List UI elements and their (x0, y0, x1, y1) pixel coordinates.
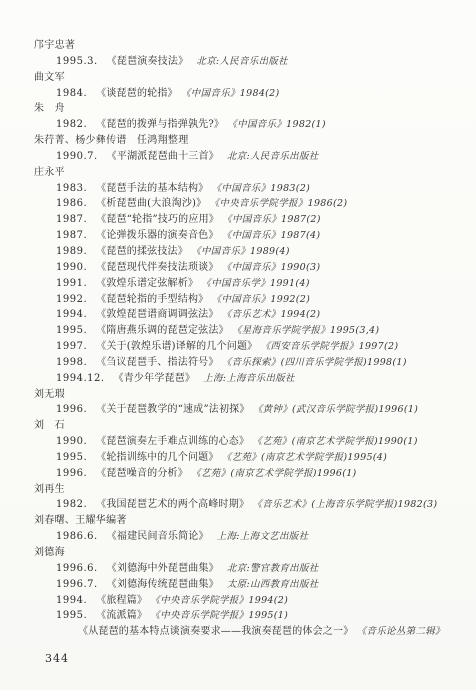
entry-source: 《艺苑》(南京艺术学院学报)1990(1) (257, 436, 418, 447)
entry-source: 北京:警官教育出版社 (227, 563, 319, 574)
bibliography-entry: 1996.6.《刘德海中外琵琶曲集》北京:警官教育出版社 (0, 561, 476, 577)
entry-source: 《音乐艺术》(上海音乐学院学报)1982(3) (257, 499, 437, 510)
author-heading: 曲文军 (0, 70, 476, 86)
bibliography-entry: 1991.《敦煌乐谱定弦解析》《中国音乐学》1991(4) (0, 276, 476, 292)
bibliography-entry: 1986.《析琵琶曲(大浪淘沙)》《中央音乐学院学报》1986(2) (0, 196, 476, 212)
entry-source: 《中央音乐学院学报》1986(2) (214, 198, 347, 209)
bibliography-entry: 1994.《敦煌琵琶谱商调调弦法》《音乐艺术》1994(2) (0, 307, 476, 323)
entry-date: 1996. (56, 404, 87, 415)
entry-source: 《中央音乐学院学报》1995(1) (155, 610, 288, 621)
bibliography-entry: 1997.《关于(敦煌乐谱)译解的几个问题》《西安音乐学院学报》1997(2) (0, 339, 476, 355)
entry-title: 《琵琶演奏技法》 (107, 56, 189, 67)
entry-title: 《福建民间音乐简论》 (107, 531, 209, 542)
entry-title: 《轮指训练中的几个问题》 (96, 452, 218, 463)
entry-title: 《敦煌乐谱定弦解析》 (96, 278, 198, 289)
entry-title: 《刘德海中外琵琶曲集》 (107, 563, 219, 574)
document-page: 邝宇忠著1995.3.《琵琶演奏技法》北京:人民音乐出版社曲文军1984.《谈琵… (0, 0, 476, 690)
entry-date: 1987. (56, 214, 87, 225)
author-heading: 刘德海 (0, 545, 476, 561)
bibliography-entry: 1995.《流派篇》《中央音乐学院学报》1995(1) (0, 608, 476, 624)
entry-date: 1989. (56, 246, 87, 257)
entry-date: 1982. (56, 119, 87, 130)
entry-date: 1997. (56, 341, 87, 352)
entry-date: 1995. (56, 610, 87, 621)
entry-source: 太原:山西教育出版社 (227, 579, 319, 590)
bibliography-entry: 1989.《琵琶的揉弦技法》《中国音乐》1989(4) (0, 244, 476, 260)
entry-source: 《西安音乐学院学报》1997(2) (265, 341, 398, 352)
entry-title: 《刍议琵琶手、指法符号》 (96, 357, 218, 368)
entry-title: 《琵琶的拨弹与指弹孰先?》 (96, 119, 224, 130)
author-heading: 刘 石 (0, 418, 476, 434)
entry-source: 《中国音乐》1992(2) (216, 294, 310, 305)
entry-source: 《艺苑》(南京艺术学院学报)1995(4) (227, 452, 388, 463)
bibliography-entry: 1987.《琵琶“轮指”技巧的应用》《中国音乐》1987(2) (0, 212, 476, 228)
entry-date: 1998. (56, 357, 87, 368)
bibliography-entry: 1996.《关于琵琶教学的“速成”法初探》《黄钟》(武汉音乐学院学报)1996(… (0, 402, 476, 418)
entry-title: 《琵琶噪音的分析》 (96, 468, 188, 479)
entry-date: 1994. (56, 309, 87, 320)
bibliography-entry: 1996.7.《刘德海传统琵琶曲集》太原:山西教育出版社 (0, 577, 476, 593)
bibliography-entry: 1990.《琵琶演奏左手难点训练的心态》《艺苑》(南京艺术学院学报)1990(1… (0, 434, 476, 450)
entry-date: 1996. (56, 468, 87, 479)
entry-title: 《琵琶“轮指”技巧的应用》 (96, 214, 219, 225)
entry-date: 1992. (56, 294, 87, 305)
entry-source: 《中央音乐学院学报》1994(2) (155, 595, 288, 606)
entry-title: 《琵琶现代伴奏技法琐谈》 (96, 262, 218, 273)
entry-source: 《中国音乐》1987(4) (227, 230, 321, 241)
author-heading: 刘春曙、王耀华编著 (0, 513, 476, 529)
entry-source: 上海:上海音乐出版社 (203, 373, 295, 384)
entry-title: 《刘德海传统琵琶曲集》 (107, 579, 219, 590)
entry-source: 《黄钟》(武汉音乐学院学报)1996(1) (258, 404, 419, 415)
bibliography-entry: 1998.《刍议琵琶手、指法符号》《音乐探索》(四川音乐学院学报)1998(1) (0, 355, 476, 371)
bibliography-entry: 1996.《琵琶噪音的分析》《艺苑》(南京艺术学院学报)1996(1) (0, 466, 476, 482)
author-heading: 刘无瑕 (0, 387, 476, 403)
bibliography-entry: 1992.《琵琶轮指的手型结构》《中国音乐》1992(2) (0, 292, 476, 308)
entry-source: 《中国音乐》1983(2) (216, 183, 310, 194)
bibliography-entry: 1994.12.《青少年学琵琶》上海:上海音乐出版社 (0, 371, 476, 387)
entry-title: 《琵琶的揉弦技法》 (96, 246, 188, 257)
entry-source: 北京:人民音乐出版社 (196, 56, 288, 67)
page-number: 344 (45, 652, 69, 665)
entry-source: 北京:人民音乐出版社 (227, 151, 319, 162)
entry-source: 《中国音乐》1982(1) (232, 119, 326, 130)
bibliography-entry: 《从琵琶的基本特点谈演奏要求——我演奏琵琶的体会之一》《音乐论丛第二辑》 (0, 624, 476, 640)
bibliography-entry: 1982.《我国琵琶艺术的两个高峰时期》《音乐艺术》(上海音乐学院学报)1982… (0, 497, 476, 513)
entry-source: 《音乐艺术》1994(2) (227, 309, 321, 320)
entry-date: 1984. (56, 88, 87, 99)
entry-title: 《敦煌琵琶谱商调调弦法》 (96, 309, 218, 320)
entry-date: 1990.7. (56, 151, 98, 162)
bibliography-entry: 1995.3.《琵琶演奏技法》北京:人民音乐出版社 (0, 54, 476, 70)
entry-source: 上海:上海文艺出版社 (217, 531, 309, 542)
entry-date: 1994. (56, 595, 87, 606)
entry-date: 1990. (56, 436, 87, 447)
entry-title: 《旅程篇》 (96, 595, 147, 606)
entry-date: 1986.6. (56, 531, 98, 542)
entry-title: 《论弹拨乐器的演奏音色》 (96, 230, 218, 241)
entry-title: 《流派篇》 (96, 610, 147, 621)
entry-date: 1996.6. (56, 563, 98, 574)
entry-title: 《析琵琶曲(大浪淘沙)》 (96, 198, 206, 209)
entry-source: 《中国音乐》1989(4) (196, 246, 290, 257)
entry-title: 《平湖派琵琶曲十三首》 (107, 151, 219, 162)
entry-title: 《青少年学琵琶》 (114, 373, 196, 384)
author-heading: 朱 舟 (0, 101, 476, 117)
entry-date: 1983. (56, 183, 87, 194)
author-heading: 邝宇忠著 (0, 38, 476, 54)
bibliography-list: 邝宇忠著1995.3.《琵琶演奏技法》北京:人民音乐出版社曲文军1984.《谈琵… (0, 38, 476, 640)
bibliography-entry: 1982.《琵琶的拨弹与指弹孰先?》《中国音乐》1982(1) (0, 117, 476, 133)
entry-source: 《中国音乐》1990(3) (227, 262, 321, 273)
entry-source: 《星海音乐学院学报》1995(3,4) (237, 325, 380, 336)
entry-source: 《中国音乐》1987(2) (227, 214, 321, 225)
entry-date: 1995.3. (56, 56, 98, 67)
entry-source: 《音乐论丛第二辑》 (361, 626, 444, 637)
author-heading: 庄永平 (0, 165, 476, 181)
entry-date: 1991. (56, 278, 87, 289)
bibliography-entry: 1987.《论弹拨乐器的演奏音色》《中国音乐》1987(4) (0, 228, 476, 244)
entry-title: 《谈琵琶的轮指》 (96, 88, 178, 99)
entry-title: 《关于琵琶教学的“速成”法初探》 (96, 404, 249, 415)
entry-title: 《我国琵琶艺术的两个高峰时期》 (96, 499, 249, 510)
bibliography-entry: 1983.《琵琶手法的基本结构》《中国音乐》1983(2) (0, 181, 476, 197)
bibliography-entry: 1990.《琵琶现代伴奏技法琐谈》《中国音乐》1990(3) (0, 260, 476, 276)
author-heading: 朱荇菁、杨少彝传谱 任鸿翔整理 (0, 133, 476, 149)
bibliography-entry: 1984.《谈琵琶的轮指》《中国音乐》1984(2) (0, 86, 476, 102)
bibliography-entry: 1995.《隋唐燕乐调的琵琶定弦法》《星海音乐学院学报》1995(3,4) (0, 323, 476, 339)
entry-date: 1986. (56, 198, 87, 209)
bibliography-entry: 1994.《旅程篇》《中央音乐学院学报》1994(2) (0, 593, 476, 609)
entry-date: 1994.12. (56, 373, 105, 384)
entry-title: 《隋唐燕乐调的琵琶定弦法》 (96, 325, 229, 336)
author-heading: 刘再生 (0, 482, 476, 498)
entry-date: 1995. (56, 325, 87, 336)
entry-date: 1990. (56, 262, 87, 273)
entry-title: 《琵琶演奏左手难点训练的心态》 (96, 436, 249, 447)
entry-date: 1995. (56, 452, 87, 463)
entry-title: 《琵琶手法的基本结构》 (96, 183, 208, 194)
entry-title: 《关于(敦煌乐谱)译解的几个问题》 (96, 341, 257, 352)
entry-title: 《从琵琶的基本特点谈演奏要求——我演奏琵琶的体会之一》 (78, 626, 353, 637)
bibliography-entry: 1986.6.《福建民间音乐简论》上海:上海文艺出版社 (0, 529, 476, 545)
entry-source: 《中国音乐》1984(2) (186, 88, 280, 99)
entry-source: 《艺苑》(南京艺术学院学报)1996(1) (196, 468, 357, 479)
entry-source: 《音乐探索》(四川音乐学院学报)1998(1) (227, 357, 407, 368)
entry-date: 1987. (56, 230, 87, 241)
entry-date: 1996.7. (56, 579, 98, 590)
entry-source: 《中国音乐学》1991(4) (206, 278, 310, 289)
bibliography-entry: 1995.《轮指训练中的几个问题》《艺苑》(南京艺术学院学报)1995(4) (0, 450, 476, 466)
bibliography-entry: 1990.7.《平湖派琵琶曲十三首》北京:人民音乐出版社 (0, 149, 476, 165)
entry-title: 《琵琶轮指的手型结构》 (96, 294, 208, 305)
entry-date: 1982. (56, 499, 87, 510)
